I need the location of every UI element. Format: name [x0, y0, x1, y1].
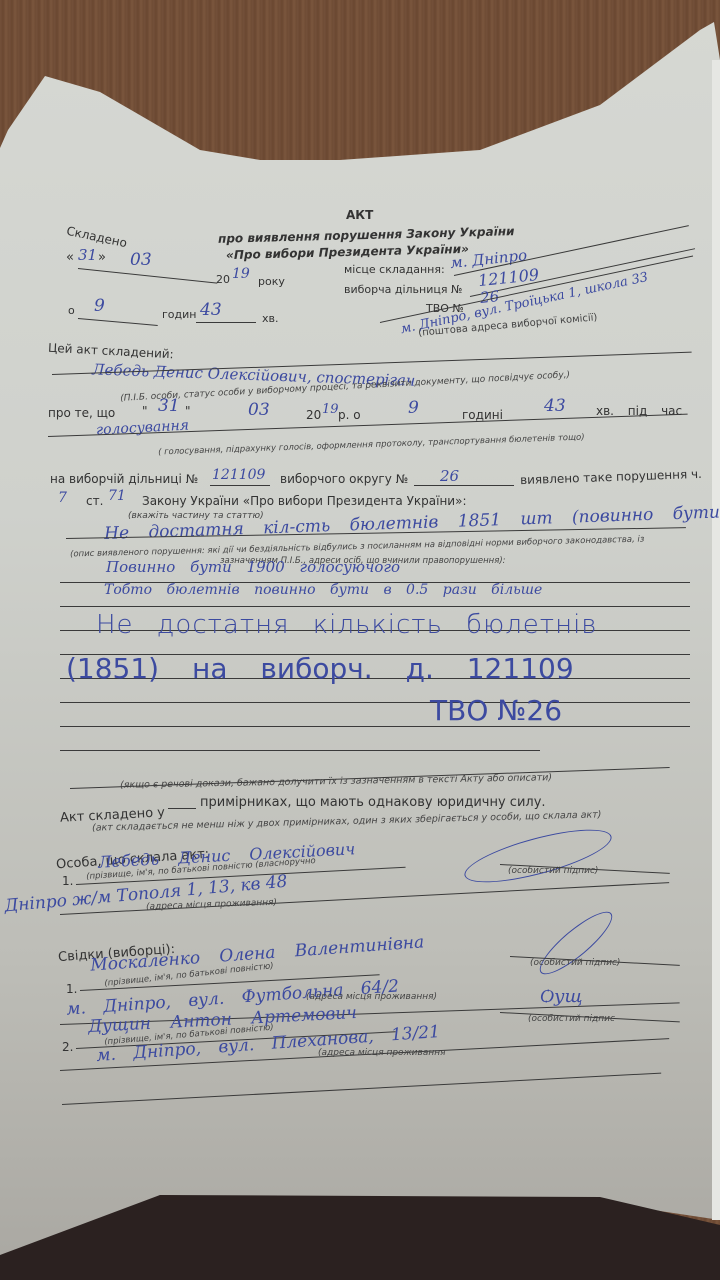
- found-label: виявлено таке порушення ч.: [520, 467, 702, 487]
- witness-2-number: 2.: [62, 1040, 73, 1054]
- about-year-label: р. о: [338, 408, 361, 422]
- ruled-line: [60, 606, 690, 607]
- description-line-1[interactable]: Повинно бути 1900 голосуючого: [106, 558, 400, 576]
- district-label: виборчого округу №: [280, 472, 408, 486]
- minutes-label: хв.: [262, 312, 279, 325]
- evidence-hint: (якщо є речові докази, бажано долучити ї…: [120, 772, 552, 791]
- witness-1-signature-hint: (особистий підпис): [530, 958, 620, 968]
- witness-1-signature: [532, 903, 619, 982]
- author-signature-hint: (особистий підпис): [508, 866, 598, 876]
- date-line: [78, 268, 217, 284]
- about-label: про те, що: [48, 406, 115, 420]
- ruled-line: [60, 750, 540, 751]
- hours-line: [78, 318, 158, 326]
- violation-precinct-line: [210, 485, 270, 486]
- copies-label-2: примірниках, що мають однакову юридичну …: [200, 795, 546, 810]
- ruled-line: [60, 726, 690, 727]
- violation-precinct-field[interactable]: 121109: [212, 467, 265, 483]
- year-prefix: 20: [216, 273, 230, 286]
- witness-2-address-hint: (адреса місця проживання: [318, 1048, 446, 1058]
- time-hours-field[interactable]: 9: [94, 296, 105, 316]
- part-field[interactable]: 7: [58, 490, 67, 506]
- description-line-3[interactable]: Не достатня кількість бюлетнів: [96, 610, 598, 640]
- composed-by-label: Цей акт складений:: [48, 341, 174, 362]
- time-minutes-field[interactable]: 43: [200, 300, 222, 320]
- witness-2-signature-hint: (особистий підпис: [528, 1014, 615, 1024]
- quote-open-2: ": [142, 404, 148, 418]
- law-label: Закону України «Про вибори Президента Ук…: [142, 494, 467, 508]
- extra-address-line: [62, 1073, 661, 1105]
- witness-2-signature: Ѻущ: [540, 986, 583, 1007]
- year-suffix-field[interactable]: 19: [232, 266, 250, 282]
- witness-1-number: 1.: [66, 982, 77, 996]
- during-field[interactable]: голосування: [96, 418, 190, 439]
- district-line: [414, 485, 514, 486]
- minutes-line: [196, 322, 256, 323]
- date-day-field[interactable]: 31: [78, 246, 97, 264]
- quote-close: »: [98, 250, 106, 265]
- description-line-2[interactable]: Тобто бюлетнів повинно бути в 0.5 рази б…: [104, 582, 542, 598]
- witness-1-address-hint: (адреса місця проживання): [306, 992, 437, 1002]
- about-month-field[interactable]: 03: [248, 400, 270, 420]
- document-title: АКТ: [346, 208, 373, 222]
- about-year-suffix-field[interactable]: 19: [322, 402, 339, 417]
- hours-label: годин: [162, 308, 196, 321]
- author-number: 1.: [62, 874, 73, 888]
- copies-hint: (акт складається не менш ніж у двох прим…: [92, 809, 602, 833]
- article-field[interactable]: 71: [108, 488, 126, 504]
- date-month-field[interactable]: 03: [130, 250, 152, 270]
- description-line-4[interactable]: (1851) на виборч. д. 121109: [66, 652, 574, 685]
- copies-count-field[interactable]: [168, 808, 196, 809]
- quote-open: «: [66, 250, 74, 265]
- precinct-label: виборча дільниця №: [344, 283, 462, 296]
- about-year-prefix: 20: [306, 408, 321, 422]
- district-field[interactable]: 26: [440, 467, 459, 485]
- about-day-field[interactable]: 31: [158, 396, 180, 416]
- document-subtitle-1: про виявлення порушення Закону України: [218, 224, 515, 246]
- violation-precinct-label: на виборчій дільниці №: [50, 472, 198, 486]
- ruled-line: [60, 702, 690, 703]
- quote-close-2: ": [185, 404, 191, 418]
- description-line-5[interactable]: ТВО №26: [430, 694, 562, 727]
- article-label: ст.: [86, 494, 103, 508]
- about-minutes-field[interactable]: 43: [544, 396, 566, 416]
- time-prefix: о: [68, 304, 75, 317]
- document-subtitle-2: «Про вибори Президента України»: [226, 242, 469, 262]
- during-hint: ( голосування, підрахунку голосів, оформ…: [158, 433, 585, 458]
- author-signature: [460, 819, 616, 893]
- violation-act-document: АКТ про виявлення порушення Закону Украї…: [0, 0, 720, 1280]
- place-label: місце складання:: [344, 263, 445, 276]
- about-hours-field[interactable]: 9: [408, 398, 419, 418]
- year-label: року: [258, 275, 285, 288]
